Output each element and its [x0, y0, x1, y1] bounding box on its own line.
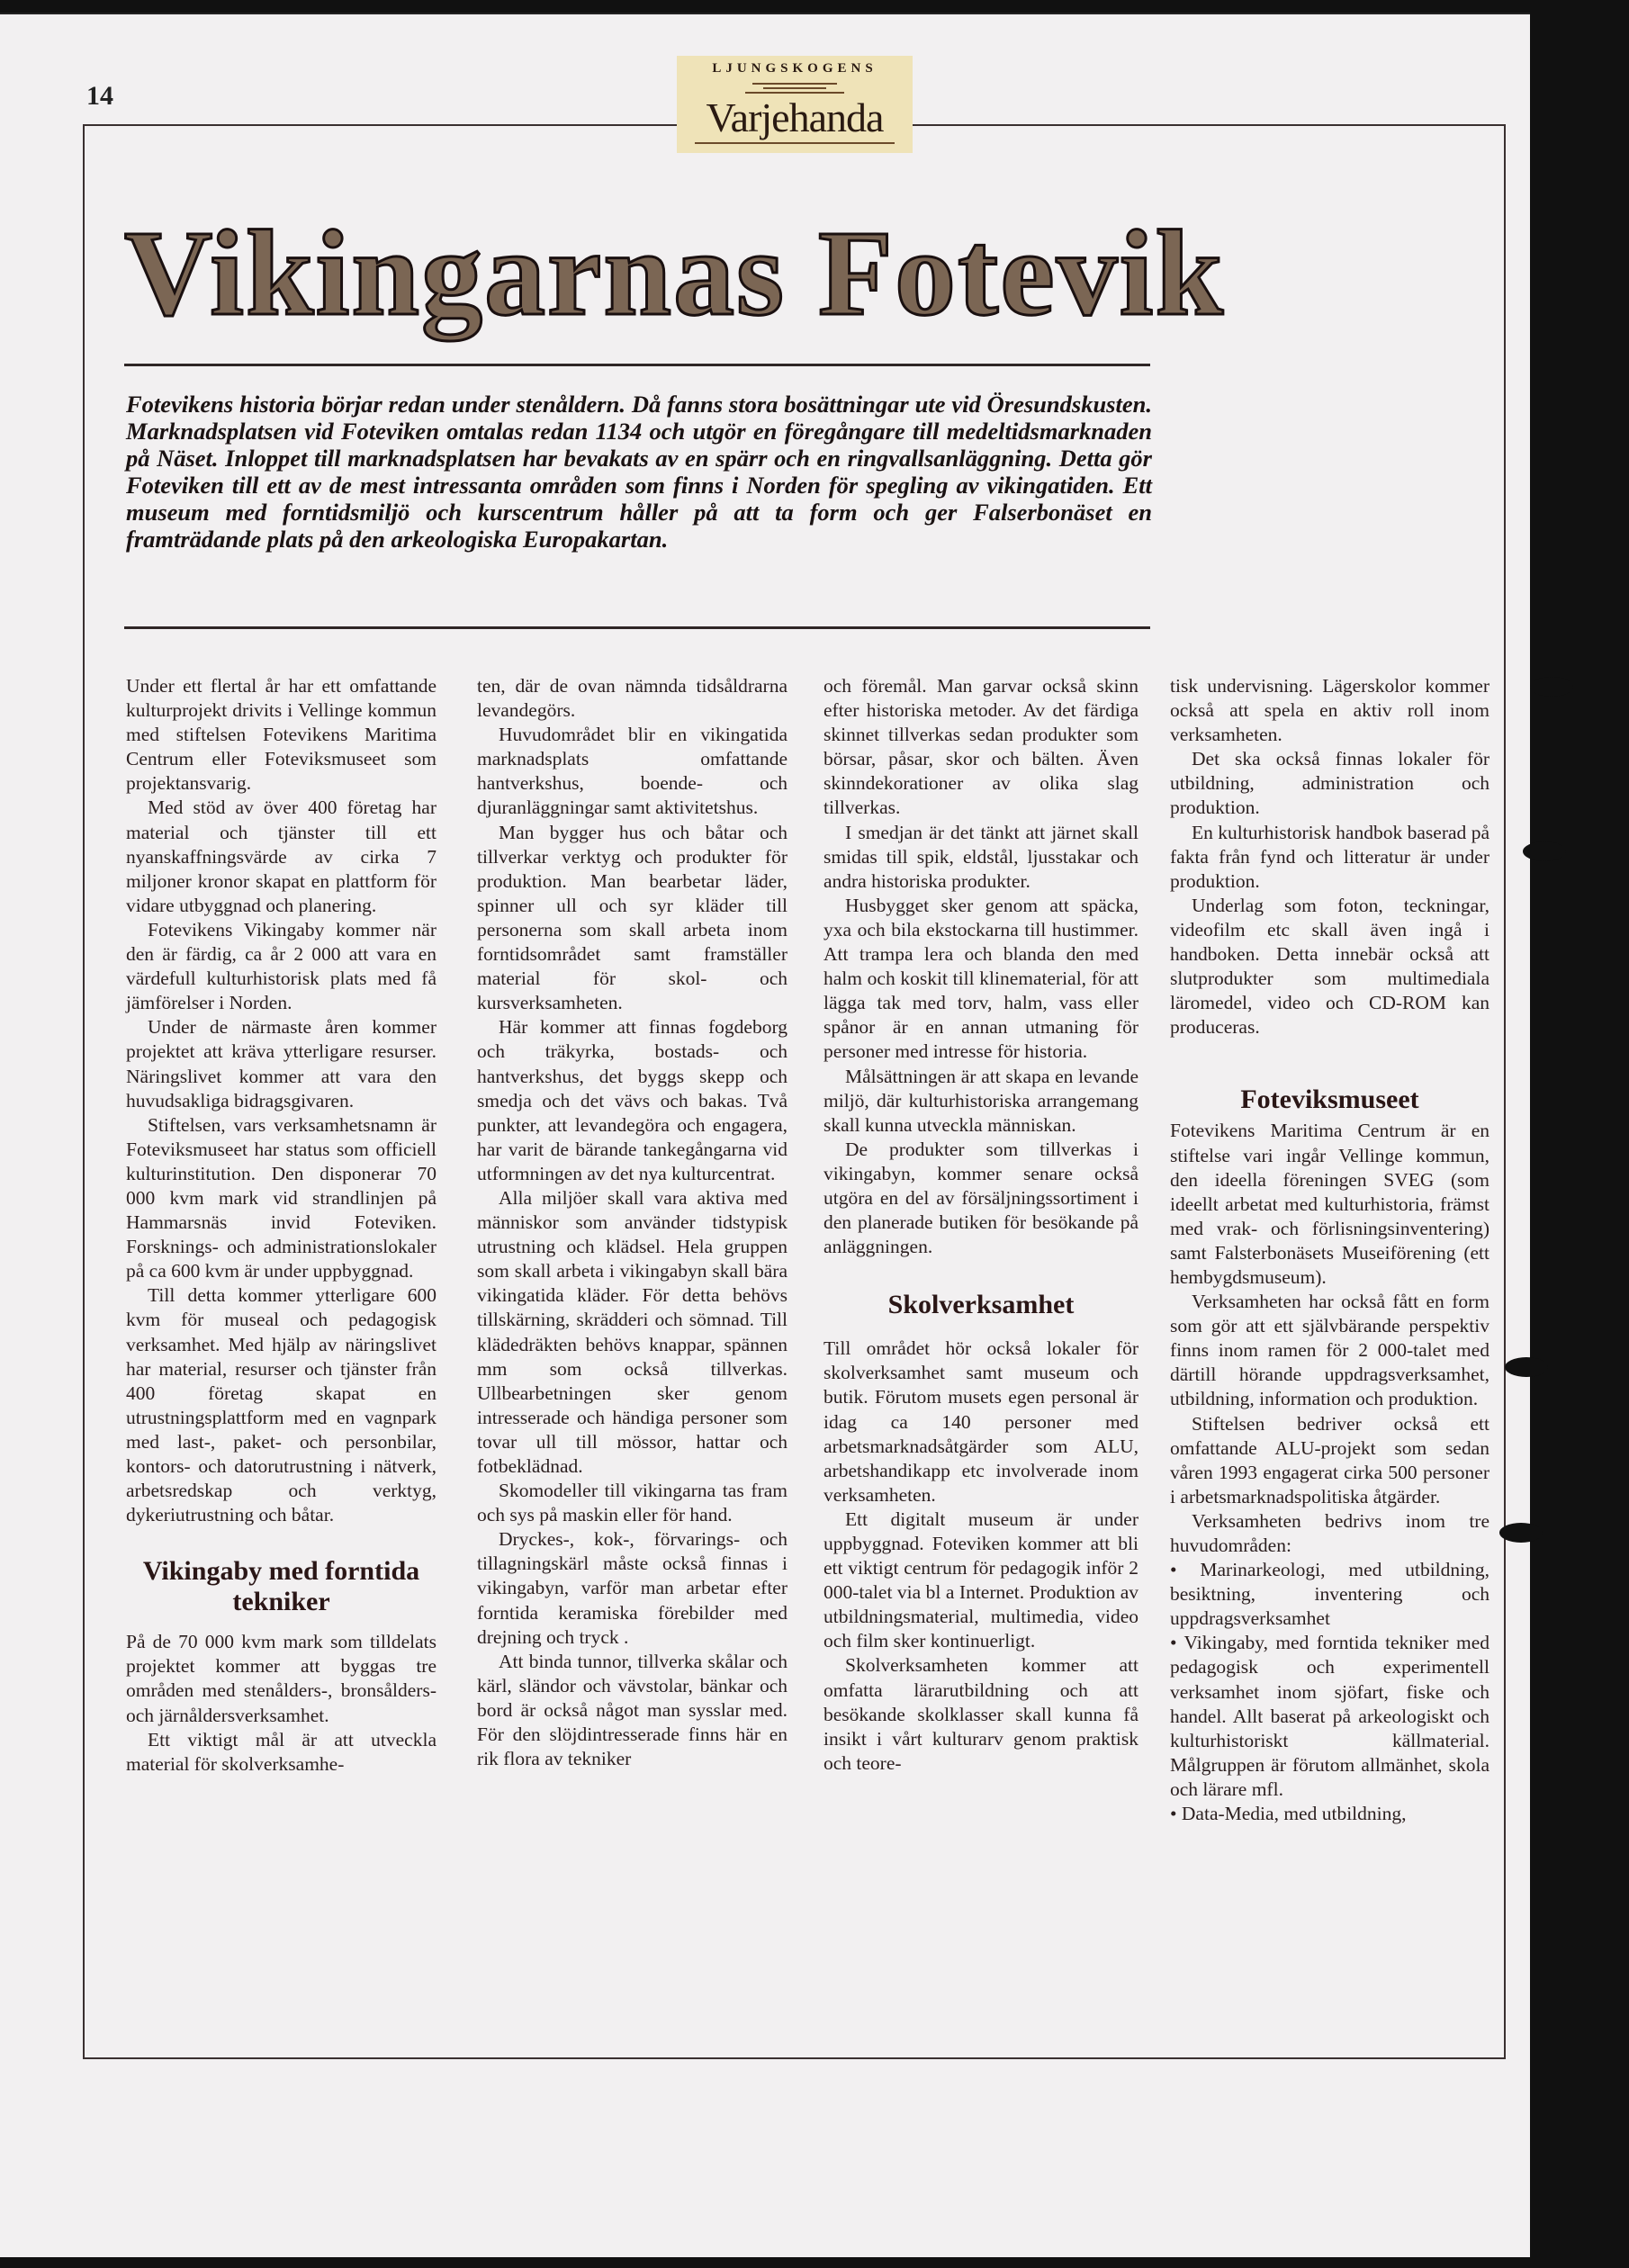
paragraph: och föremål. Man garvar också skinn efte…	[823, 674, 1138, 821]
bullet-item: • Vikingaby, med forntida tekniker med p…	[1170, 1631, 1489, 1802]
paragraph: Målsättningen är att skapa en levande mi…	[823, 1065, 1138, 1138]
paragraph: Huvudområdet blir en vikingatida marknad…	[477, 723, 787, 820]
punch-hole-icon	[1499, 1523, 1543, 1543]
paragraph: Under de närmaste åren kommer projektet …	[126, 1015, 436, 1112]
paragraph: Verksamheten bedrivs inom tre huvudområd…	[1170, 1509, 1489, 1558]
column-3: och föremål. Man garvar också skinn efte…	[823, 674, 1138, 1776]
paragraph: Alla miljöer skall vara aktiva med männi…	[477, 1186, 787, 1479]
masthead-rule	[752, 83, 837, 85]
masthead-arc-text: LJUNGSKOGENS	[677, 61, 913, 76]
paragraph: Dryckes-, kok-, förvarings- och tillagni…	[477, 1527, 787, 1649]
paragraph: Till området hör också lokaler för skolv…	[823, 1336, 1138, 1507]
paragraph: ten, där de ovan nämnda tidsåldrarna lev…	[477, 674, 787, 723]
paragraph: Under ett flertal år har ett omfattande …	[126, 674, 436, 796]
page-number: 14	[86, 81, 113, 112]
paragraph: Verksamheten har också fått en form som …	[1170, 1290, 1489, 1411]
column-2: ten, där de ovan nämnda tidsåldrarna lev…	[477, 674, 787, 1771]
paragraph: Man bygger hus och båtar och tillverkar …	[477, 821, 787, 1016]
masthead-title: Varjehanda	[677, 94, 913, 141]
subheading-vikingaby: Vikingaby med forntida tekniker	[126, 1556, 436, 1617]
paragraph: Stiftelsen, vars verksamhetsnamn är Fote…	[126, 1113, 436, 1284]
bullet-item: • Marinarkeologi, med utbildning, besikt…	[1170, 1558, 1489, 1631]
paragraph: Skomodeller till vikingarna tas fram och…	[477, 1479, 787, 1527]
paragraph: Med stöd av över 400 företag har materia…	[126, 796, 436, 917]
subheading-foteviksmuseet: Foteviksmuseet	[1170, 1084, 1489, 1115]
paragraph: Underlag som foton, teckningar, videofil…	[1170, 894, 1489, 1040]
paragraph: Ett digitalt museum är under uppbyggnad.…	[823, 1507, 1138, 1654]
lead-bottom-rule	[124, 626, 1150, 629]
punch-hole-icon	[1530, 677, 1573, 697]
bullet-item: • Data-Media, med utbildning,	[1170, 1802, 1489, 1826]
article-lead: Fotevikens historia börjar redan under s…	[126, 391, 1152, 553]
lead-top-rule	[124, 364, 1150, 366]
punch-hole-icon	[1505, 1357, 1548, 1377]
punch-hole-icon	[1523, 841, 1566, 861]
paragraph: Skolverksamheten kommer att omfatta lära…	[823, 1653, 1138, 1775]
paragraph: tisk undervisning. Lägerskolor kommer oc…	[1170, 674, 1489, 747]
masthead-underline	[695, 142, 895, 144]
masthead-logo: LJUNGSKOGENS Varjehanda	[677, 56, 913, 153]
column-1: Under ett flertal år har ett omfattande …	[126, 674, 436, 1777]
paragraph: Stiftelsen bedriver också ett omfattande…	[1170, 1412, 1489, 1509]
paragraph: Ett viktigt mål är att utveckla material…	[126, 1728, 436, 1777]
paragraph: Till detta kommer ytterligare 600 kvm fö…	[126, 1283, 436, 1527]
paragraph: I smedjan är det tänkt att järnet skall …	[823, 821, 1138, 894]
paragraph: Fotevikens Maritima Centrum är en stifte…	[1170, 1119, 1489, 1290]
column-4: tisk undervisning. Lägerskolor kommer oc…	[1170, 674, 1489, 1826]
paragraph: De produkter som tillverkas i vikingabyn…	[823, 1138, 1138, 1259]
masthead-rule	[763, 87, 826, 89]
subheading-skolverksamhet: Skolverksamhet	[823, 1290, 1138, 1320]
paragraph: Att binda tunnor, tillverka skålar och k…	[477, 1650, 787, 1771]
magazine-page: 14 LJUNGSKOGENS Varjehanda Vikingarnas F…	[0, 13, 1530, 2257]
article-headline: Vikingarnas Fotevik	[124, 203, 1225, 344]
paragraph: Här kommer att finnas fogdeborg och träk…	[477, 1015, 787, 1186]
paragraph: Husbygget sker genom att späcka, yxa och…	[823, 894, 1138, 1065]
paragraph: En kulturhistorisk handbok baserad på fa…	[1170, 821, 1489, 894]
paragraph: På de 70 000 kvm mark som tilldelats pro…	[126, 1630, 436, 1727]
paragraph: Det ska också finnas lokaler för utbildn…	[1170, 747, 1489, 820]
paragraph: Fotevikens Vikingaby kommer när den är f…	[126, 918, 436, 1015]
